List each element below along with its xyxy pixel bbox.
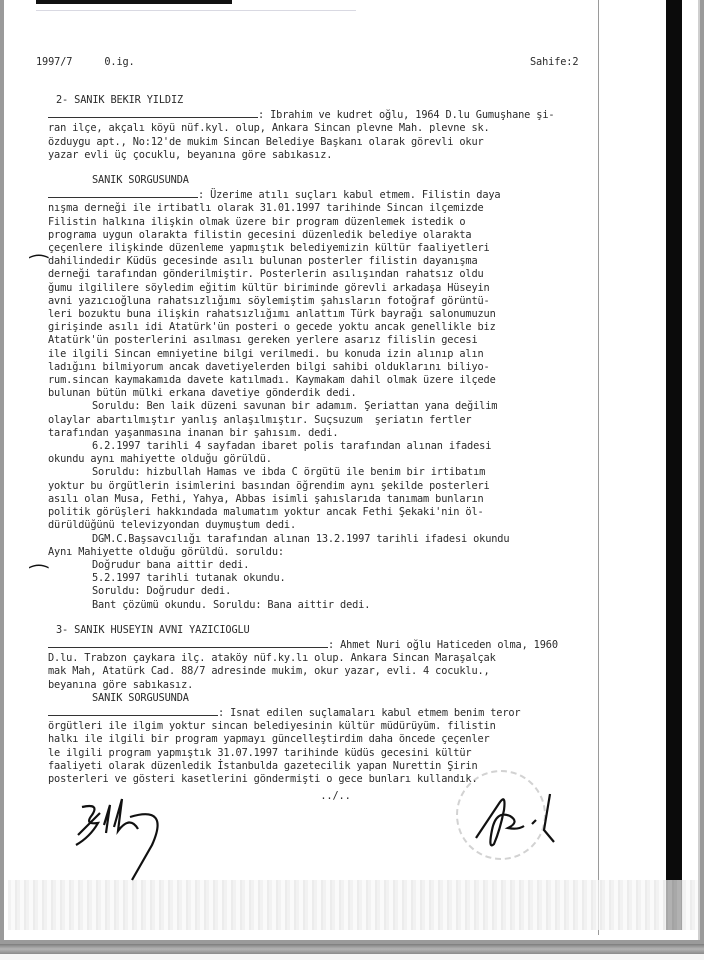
identity-line: mak Mah, Atatürk Cad. 88/7 adresinde muk…	[48, 665, 623, 678]
statement-line: asılı olan Musa, Fethi, Yahya, Abbas isi…	[48, 493, 623, 506]
statement-line: politik görüşleri hakkındada malumatım y…	[48, 506, 623, 519]
interrogation-heading: SANIK SORGUSUNDA	[48, 692, 623, 705]
scan-edge-right	[666, 0, 682, 930]
statement-line: girişinde asılı idi Atatürk'ün posteri o…	[48, 321, 623, 334]
statement-line: ladığını bilmiyorum ancak davetiyelerden…	[48, 361, 623, 374]
closing-line: Bant çözümü okundu. Soruldu: Bana aittir…	[48, 599, 623, 612]
statement-line: Filistin halkına ilişkin olmak üzere bir…	[48, 216, 623, 229]
closing-line: Doğrudur bana aittir dedi.	[48, 559, 623, 572]
statement-line: Aynı Mahiyette olduğu görüldü. soruldu:	[48, 546, 623, 559]
page-header: 1997/7 0.ig. Sahife:2	[36, 56, 623, 70]
margin-mark: ⁀	[30, 566, 48, 591]
statement-line: : Isnat edilen suçlamaları kabul etmem b…	[48, 705, 623, 720]
statement-line: Atatürk'ün posterlerini asılması gereken…	[48, 334, 623, 347]
interrogation-heading: SANIK SORGUSUNDA	[92, 174, 623, 187]
statement-line: rum.sincan kaymakamıda davete katılmadı.…	[48, 374, 623, 387]
statement-line: çeçenlere ilişkinde düzenleme yapmıştık …	[48, 242, 623, 255]
statement-line: le ilgili program yapmıştık 31.07.1997 t…	[48, 747, 623, 760]
closing-line: Soruldu: Doğrudur dedi.	[48, 585, 623, 598]
section-heading: 3- SANIK HUSEYIN AVNI YAZICIOGLU	[56, 624, 623, 637]
statement-line: Soruldu: Ben laik düzeni savunan bir ada…	[48, 400, 623, 413]
statement-line: halkı ile ilgili bir program yapmayı gün…	[48, 733, 623, 746]
statement-line: ğumu ilgililere söyledim eğitim kültür b…	[48, 282, 623, 295]
statement-line: dürüldüğünü televizyondan duymuştum dedi…	[48, 519, 623, 532]
scan-smudge	[8, 880, 698, 930]
statement-line: bulunan bütün mülki erkana davetiye gönd…	[48, 387, 623, 400]
identity-line: : Ibrahim ve kudret oğlu, 1964 D.lu Gumu…	[48, 107, 623, 122]
statement-line: : Üzerime atılı suçları kabul etmem. Fil…	[48, 187, 623, 202]
document-page: 1997/7 0.ig. Sahife:2 2- SANIK BEKIR YIL…	[48, 56, 623, 803]
statement-line: olaylar abartılmıştır yanlış anlaşılmışt…	[48, 414, 623, 427]
scan-artifact-line	[36, 10, 356, 11]
statement-line: yoktur bu örgütlerin isimlerini basından…	[48, 480, 623, 493]
signature-right	[470, 790, 570, 860]
next-page-edge	[0, 954, 704, 960]
statement-line: nışma derneği ile irtibatlı olarak 31.01…	[48, 202, 623, 215]
scan-edge-bottom	[0, 944, 704, 954]
page-number: Sahife:2	[530, 56, 578, 69]
statement-line: 6.2.1997 tarihli 4 sayfadan ibaret polis…	[48, 440, 623, 453]
defendant-name: SANIK HUSEYIN AVNI YAZICIOGLU	[74, 624, 249, 636]
closing-line: 5.2.1997 tarihli tutanak okundu.	[48, 572, 623, 585]
statement-line: tarafından yaşanmasına inanan bir şahısı…	[48, 427, 623, 440]
signature-left	[70, 785, 190, 885]
identity-line: beyanına göre sabıkasız.	[48, 679, 623, 692]
scan-edge-top	[36, 0, 232, 4]
identity-line: ran ilçe, akçalı köyü nüf.kyl. olup, Ank…	[48, 122, 623, 135]
statement-line: dahilindedir Küdüs gecesinde asılı bulun…	[48, 255, 623, 268]
statement-line: derneği tarafından gönderilmiştir. Poste…	[48, 268, 623, 281]
statement-line: örgütleri ile ilgim yoktur sincan beledi…	[48, 720, 623, 733]
identity-line: özduygu apt., No:12'de mukim Sincan Bele…	[48, 136, 623, 149]
statement-line: programa uygun olarakta filistin gecesin…	[48, 229, 623, 242]
statement-line: Soruldu: hizbullah Hamas ve ibda C örgüt…	[48, 466, 623, 479]
identity-line: D.lu. Trabzon çaykara ilç. ataköy nüf.ky…	[48, 652, 623, 665]
file-code: 0.ig.	[104, 56, 134, 68]
statement-line: ile ilgili Sincan emniyetine bilgi veril…	[48, 348, 623, 361]
identity-line: : Ahmet Nuri oğlu Haticeden olma, 1960	[48, 637, 623, 652]
file-number: 1997/7	[36, 56, 72, 68]
margin-mark: ⁀	[30, 256, 48, 281]
statement-line: avni yazıcıoğluna rahatsızlığımı söylemi…	[48, 295, 623, 308]
statement-line: okundu aynı mahiyette olduğu görüldü.	[48, 453, 623, 466]
statement-line: faaliyeti olarak düzenledik İstanbulda g…	[48, 760, 623, 773]
identity-line: yazar evli üç çocuklu, beyanına göre sab…	[48, 149, 623, 162]
statement-line: DGM.C.Başsavcılığı tarafından alınan 13.…	[48, 533, 623, 546]
section-heading: 2- SANIK BEKIR YILDIZ	[56, 94, 623, 107]
defendant-name: SANIK BEKIR YILDIZ	[74, 94, 183, 106]
statement-line: leri bozuktu buna ilişkin rahatsızlığımı…	[48, 308, 623, 321]
